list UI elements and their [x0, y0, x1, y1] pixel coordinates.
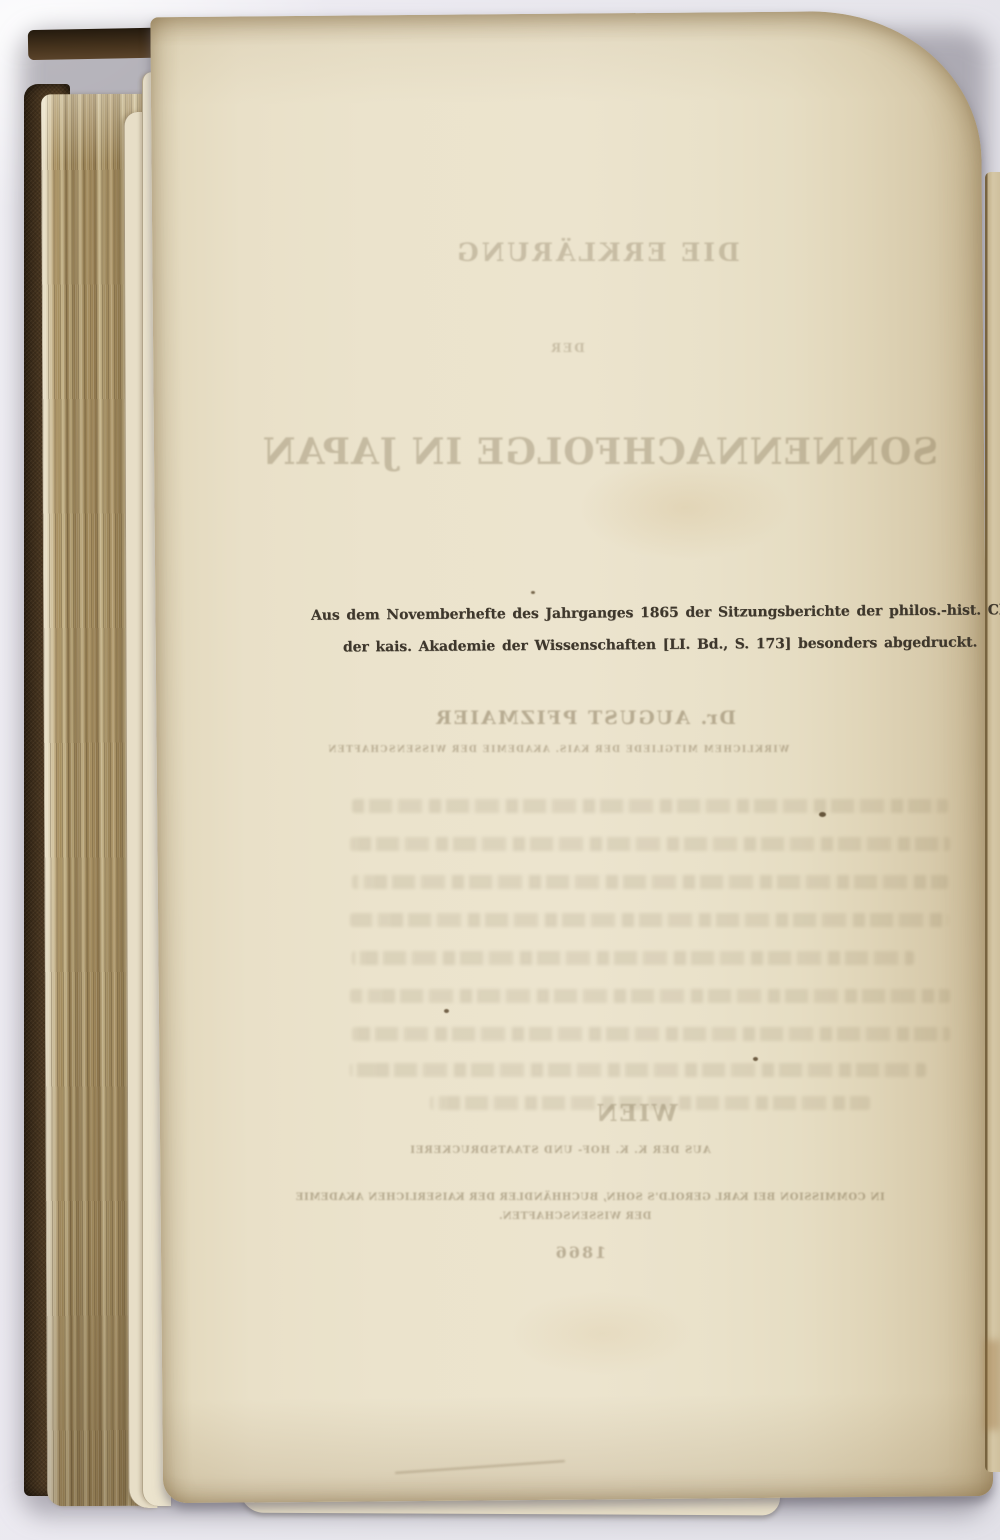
bleedthrough-text-line	[352, 951, 914, 965]
bleedthrough-text-line	[350, 837, 950, 851]
bleedthrough-text-line	[352, 1027, 950, 1041]
bleedthrough-title-line1: DIE ERKLÄRUNG	[454, 238, 739, 267]
book-page	[150, 10, 993, 1503]
paper-speck	[819, 812, 826, 817]
bleedthrough-year: 1866	[554, 1243, 607, 1262]
bleedthrough-text-line	[350, 913, 948, 927]
gutter-next-page	[985, 172, 1000, 1472]
bleedthrough-text-line	[352, 799, 948, 813]
bleedthrough-text-line	[352, 875, 948, 889]
printed-note-line1: Aus dem Novemberhefte des Jahrganges 186…	[311, 603, 1000, 623]
bleedthrough-author: Dr. AUGUST PFIZMAIER	[434, 707, 736, 729]
bleedthrough-title-line2: DER	[549, 341, 585, 355]
bleedthrough-text-line	[350, 1063, 926, 1077]
paper-speck	[531, 591, 535, 594]
bleedthrough-imprint-line1: AUS DER K. K. HOF- UND STAATSDRUCKEREI	[409, 1145, 710, 1156]
bleedthrough-imprint-line3: DER WISSENSCHAFTEN.	[499, 1211, 652, 1222]
printed-offprint-note: Aus dem Novemberhefte des Jahrganges 186…	[330, 603, 990, 655]
bleedthrough-imprint-line2: IN COMMISSION BEI KARL GEROLD'S SOHN, BU…	[295, 1192, 884, 1203]
gutter-stain	[985, 1340, 1000, 1430]
bleedthrough-text-line	[430, 1096, 870, 1110]
paper-speck	[753, 1057, 758, 1061]
bleedthrough-affiliation: WIRKLICHEM MITGLIEDE DER KAIS. AKADEMIE …	[327, 745, 789, 755]
bleedthrough-title-line3: SONNENNACHFOLGE IN JAPAN	[262, 431, 939, 473]
paper-speck	[444, 1009, 449, 1013]
photo-of-open-book: DIE ERKLÄRUNG DER SONNENNACHFOLGE IN JAP…	[0, 0, 1000, 1540]
bleedthrough-text-line	[350, 989, 950, 1003]
